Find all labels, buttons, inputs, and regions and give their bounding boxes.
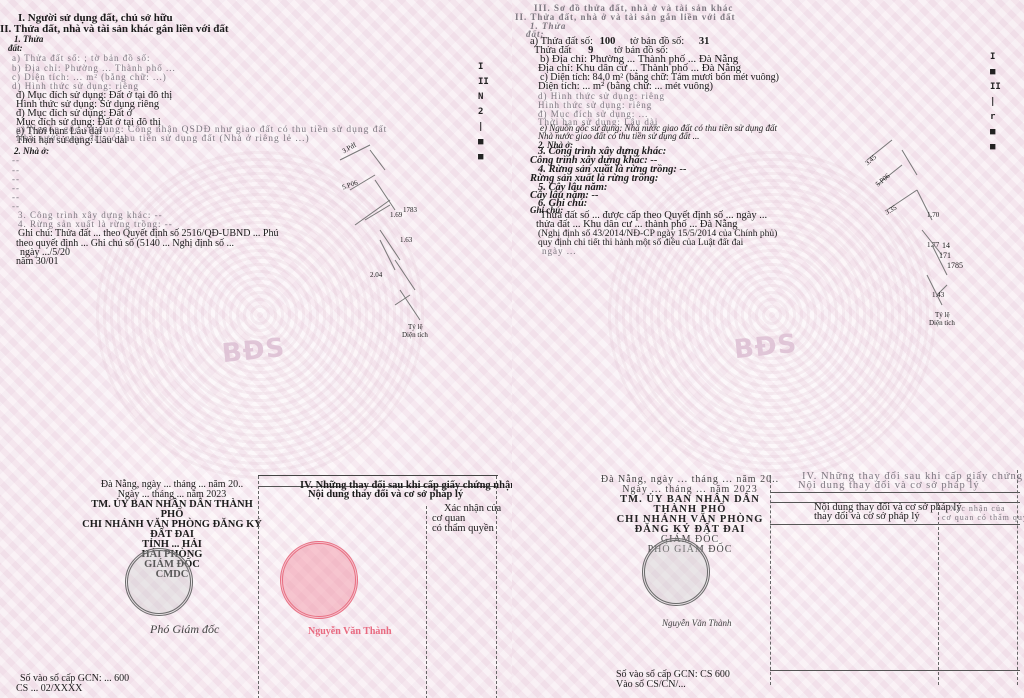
plot-label: 1.69 [390,210,402,221]
official-seal [642,538,710,606]
certificate-page-left: BĐS I. Người sử dụng đất, chủ sở hữu II.… [0,0,512,698]
plot-label: 1.43 [932,290,944,301]
plot-label: Diện tích [929,318,955,329]
certificate-page-right: BĐS III. Sơ đồ thửa đất, nhà ở và tài sả… [512,0,1024,698]
table-title: Nội dung thay đổi và cơ sở pháp lý [798,481,980,491]
plot-label: 1785 [947,260,963,271]
margin-marks: I II N 2 | ■ ■ [478,60,489,165]
official-seal [125,548,193,616]
changes-table: IV. Những thay đổi sau khi cấp giấy chứn… [258,475,498,698]
plot-label: 1.63 [400,235,412,246]
issuing-org: TM. ỦY BAN NHÂN DÂN THÀNH PHỐ [82,500,262,520]
plot-label: 1.70 [927,210,939,221]
table-column-header: thay đổi và cơ sở pháp lý [814,512,920,522]
plot-label: 2.04 [370,270,382,281]
issuing-org: CHI NHÁNH VĂN PHÒNG ĐĂNG KÝ ĐẤT ĐAI [82,520,262,540]
red-seal-name: Nguyễn Văn Thành [308,626,392,637]
plot-label: 1783 [403,205,417,216]
parcel-sketch: 3.45 5.P06 3.35 1.70 1.77 14 171 1785 1.… [847,130,977,335]
signature: Phó Giám đốc [150,622,219,637]
signature: Nguyễn Văn Thành [662,618,732,628]
issuing-org: CHI NHÁNH VĂN PHÒNG ĐĂNG KÝ ĐẤT ĐAI [600,515,780,535]
note-line: ngày ... [542,246,577,257]
red-seal [280,541,358,619]
field-line: Nhà nước giao đất có thu tiền sử dụng đấ… [16,134,310,145]
parcel-sketch: 3.Pdf 5.P06 1.69 1783 1.63 2.04 Tỷ lệ Di… [320,130,450,345]
note-line: năm 30/01 [16,256,59,267]
plot-label: 1.77 [927,240,939,251]
margin-marks: I ■ II | r ■ ■ [990,50,1001,155]
table-column-header: có thẩm quyền [432,524,494,534]
changes-table: IV. Những thay đổi sau khi cấp giấy chứn… [770,470,1020,685]
serial-number: CS ... 02/XXXX [16,684,82,694]
serial-number: Vào sổ CS/CN/... [616,680,686,690]
issuing-org: TM. ỦY BAN NHÂN DÂN THÀNH PHỐ [600,495,780,515]
table-column-header: cơ quan có thẩm quyền [942,513,1024,523]
plot-label: Diện tích [402,330,428,341]
table-column-header: Nội dung thay đổi và cơ sở pháp lý [308,490,463,500]
map-sheet-number: 31 [699,36,710,47]
